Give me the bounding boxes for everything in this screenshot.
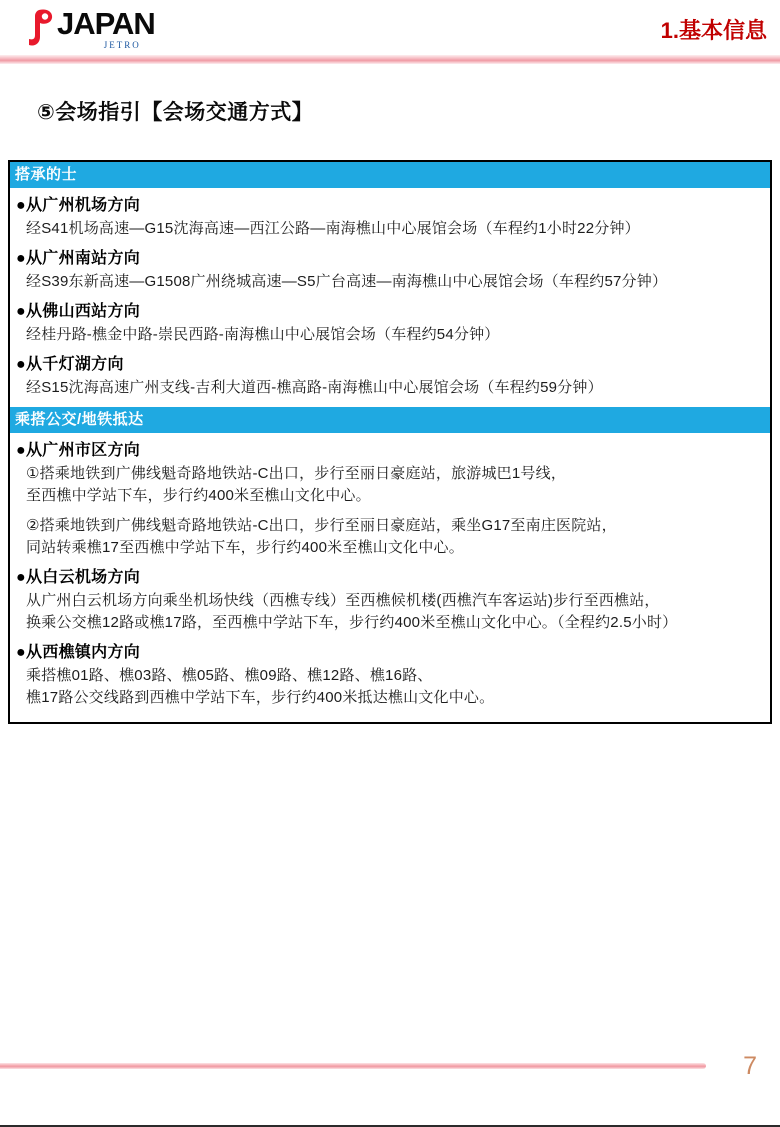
direction-line: 同站转乘樵17至西樵中学站下车，步行约400米至樵山文化中心。 bbox=[26, 537, 762, 559]
logo-jetro-text: JETRO bbox=[104, 40, 141, 50]
direction-heading: ●从广州市区方向 bbox=[16, 440, 764, 461]
logo-text-wrap: JAPAN JETRO bbox=[57, 9, 155, 50]
direction-paragraph: ①搭乘地铁到广佛线魁奇路地铁站-C出口，步行至丽日豪庭站，旅游城巴1号线，至西樵… bbox=[10, 463, 770, 507]
direction-paragraph: 从广州白云机场方向乘坐机场快线（西樵专线）至西樵候机楼(西樵汽车客运站)步行至西… bbox=[10, 590, 770, 634]
header-section-label: 1.基本信息 bbox=[661, 14, 767, 45]
page-number: 7 bbox=[743, 1052, 757, 1081]
direction-heading: ●从佛山西站方向 bbox=[16, 301, 764, 322]
direction-line: ②搭乘地铁到广佛线魁奇路地铁站-C出口，步行至丽日豪庭站，乘坐G17至南庄医院站… bbox=[26, 515, 762, 537]
direction-line: 经桂丹路-樵金中路-崇民西路-南海樵山中心展馆会场（车程约54分钟） bbox=[26, 324, 762, 346]
direction-paragraph: 经S41机场高速—G15沈海高速—西江公路—南海樵山中心展馆会场（车程约1小时2… bbox=[10, 218, 770, 240]
section-header-bar: 乘搭公交/地铁抵达 bbox=[10, 407, 770, 433]
direction-line: 樵17路公交线路到西樵中学站下车，步行约400米抵达樵山文化中心。 bbox=[26, 687, 762, 709]
slide: JAPAN JETRO 1.基本信息 ⑤会场指引【会场交通方式】 搭承的士●从广… bbox=[0, 0, 780, 1127]
direction-heading: ●从千灯湖方向 bbox=[16, 354, 764, 375]
direction-heading: ●从广州机场方向 bbox=[16, 195, 764, 216]
direction-line: 换乘公交樵12路或樵17路，至西樵中学站下车，步行约400米至樵山文化中心。（全… bbox=[26, 612, 762, 634]
direction-heading: ●从西樵镇内方向 bbox=[16, 642, 764, 663]
direction-paragraph: ②搭乘地铁到广佛线魁奇路地铁站-C出口，步行至丽日豪庭站，乘坐G17至南庄医院站… bbox=[10, 515, 770, 559]
direction-heading: ●从广州南站方向 bbox=[16, 248, 764, 269]
direction-heading: ●从白云机场方向 bbox=[16, 567, 764, 588]
direction-paragraph: 经S15沈海高速广州支线-吉利大道西-樵高路-南海樵山中心展馆会场（车程约59分… bbox=[10, 377, 770, 399]
direction-line: 从广州白云机场方向乘坐机场快线（西樵专线）至西樵候机楼(西樵汽车客运站)步行至西… bbox=[26, 590, 762, 612]
transport-box: 搭承的士●从广州机场方向经S41机场高速—G15沈海高速—西江公路—南海樵山中心… bbox=[8, 160, 772, 724]
footer-rule bbox=[0, 1063, 706, 1069]
page-title: ⑤会场指引【会场交通方式】 bbox=[37, 96, 313, 126]
section-header-bar: 搭承的士 bbox=[10, 162, 770, 188]
direction-line: 经S15沈海高速广州支线-吉利大道西-樵高路-南海樵山中心展馆会场（车程约59分… bbox=[26, 377, 762, 399]
direction-line: 乘搭樵01路、樵03路、樵05路、樵09路、樵12路、樵16路、 bbox=[26, 665, 762, 687]
jetro-mark-icon bbox=[27, 9, 54, 47]
direction-line: 至西樵中学站下车，步行约400米至樵山文化中心。 bbox=[26, 485, 762, 507]
direction-line: ①搭乘地铁到广佛线魁奇路地铁站-C出口，步行至丽日豪庭站，旅游城巴1号线， bbox=[26, 463, 762, 485]
direction-line: 经S39东新高速—G1508广州绕城高速—S5广台高速—南海樵山中心展馆会场（车… bbox=[26, 271, 762, 293]
direction-paragraph: 经桂丹路-樵金中路-崇民西路-南海樵山中心展馆会场（车程约54分钟） bbox=[10, 324, 770, 346]
direction-paragraph: 乘搭樵01路、樵03路、樵05路、樵09路、樵12路、樵16路、樵17路公交线路… bbox=[10, 665, 770, 709]
direction-paragraph: 经S39东新高速—G1508广州绕城高速—S5广台高速—南海樵山中心展馆会场（车… bbox=[10, 271, 770, 293]
header-rule bbox=[0, 55, 780, 64]
logo-japan-text: JAPAN bbox=[57, 9, 155, 39]
direction-line: 经S41机场高速—G15沈海高速—西江公路—南海樵山中心展馆会场（车程约1小时2… bbox=[26, 218, 762, 240]
jetro-logo: JAPAN JETRO bbox=[27, 9, 155, 50]
